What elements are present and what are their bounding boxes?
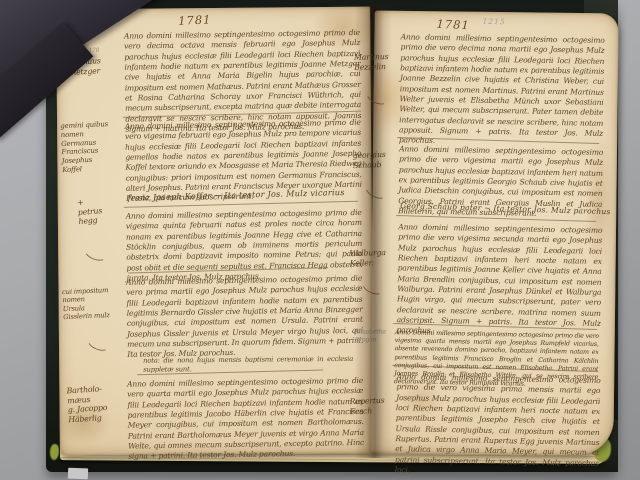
- baptism-entry: Anno domini millesimo septingentesimo oc…: [399, 32, 605, 149]
- margin-note-petrus-hegg: + petrus hegg: [77, 196, 104, 227]
- page-year-header: 1781: [436, 17, 470, 33]
- margin-note-rupertus-fesch: Rupertus Fesch: [349, 396, 385, 417]
- right-page: 1781 1215 Martinus Bezzelin georgius Sch…: [369, 11, 618, 456]
- baptism-entry: Anno domini millesimo septingentesimo oc…: [396, 222, 602, 339]
- margin-note-ursula: cui impositum nomen Ursula Gisslerin mul…: [62, 286, 110, 322]
- margin-bracket: [82, 241, 110, 263]
- left-page: 1781 178 mathäus metzger gemini quibus n…: [56, 7, 374, 456]
- margin-note-walburga-keller: Walburga Keller.: [349, 248, 386, 268]
- baptism-entry: Anno domini millesimo septingentesimo oc…: [395, 372, 601, 479]
- page-year-header: 1781: [178, 12, 212, 27]
- margin-note-bartholomaeus: Bartholo- mæus g. Jacoppo Häberlig: [66, 384, 108, 425]
- background-object: [68, 468, 88, 480]
- margin-note-elisabetha-broglin: Elisabetha Broglin: [355, 328, 386, 344]
- margin-note-martinus-bezzelin: Martinus Bezzelin: [354, 52, 389, 72]
- baptism-entry: Anno domini millesimo septingentesimo oc…: [126, 274, 363, 361]
- pencil-folio-number: 1215: [482, 17, 505, 27]
- manuscript-photo: 1781 178 mathäus metzger gemini quibus n…: [0, 0, 640, 480]
- margin-bracket: [85, 331, 113, 354]
- margin-note-gemini-koffel: gemini quibus nomen Germanus Franciscus …: [60, 120, 110, 175]
- baptism-entry: Anno domini millesimo septingentesimo oc…: [127, 376, 364, 462]
- margin-note-georgius-schaub: georgius Schaub: [353, 150, 387, 171]
